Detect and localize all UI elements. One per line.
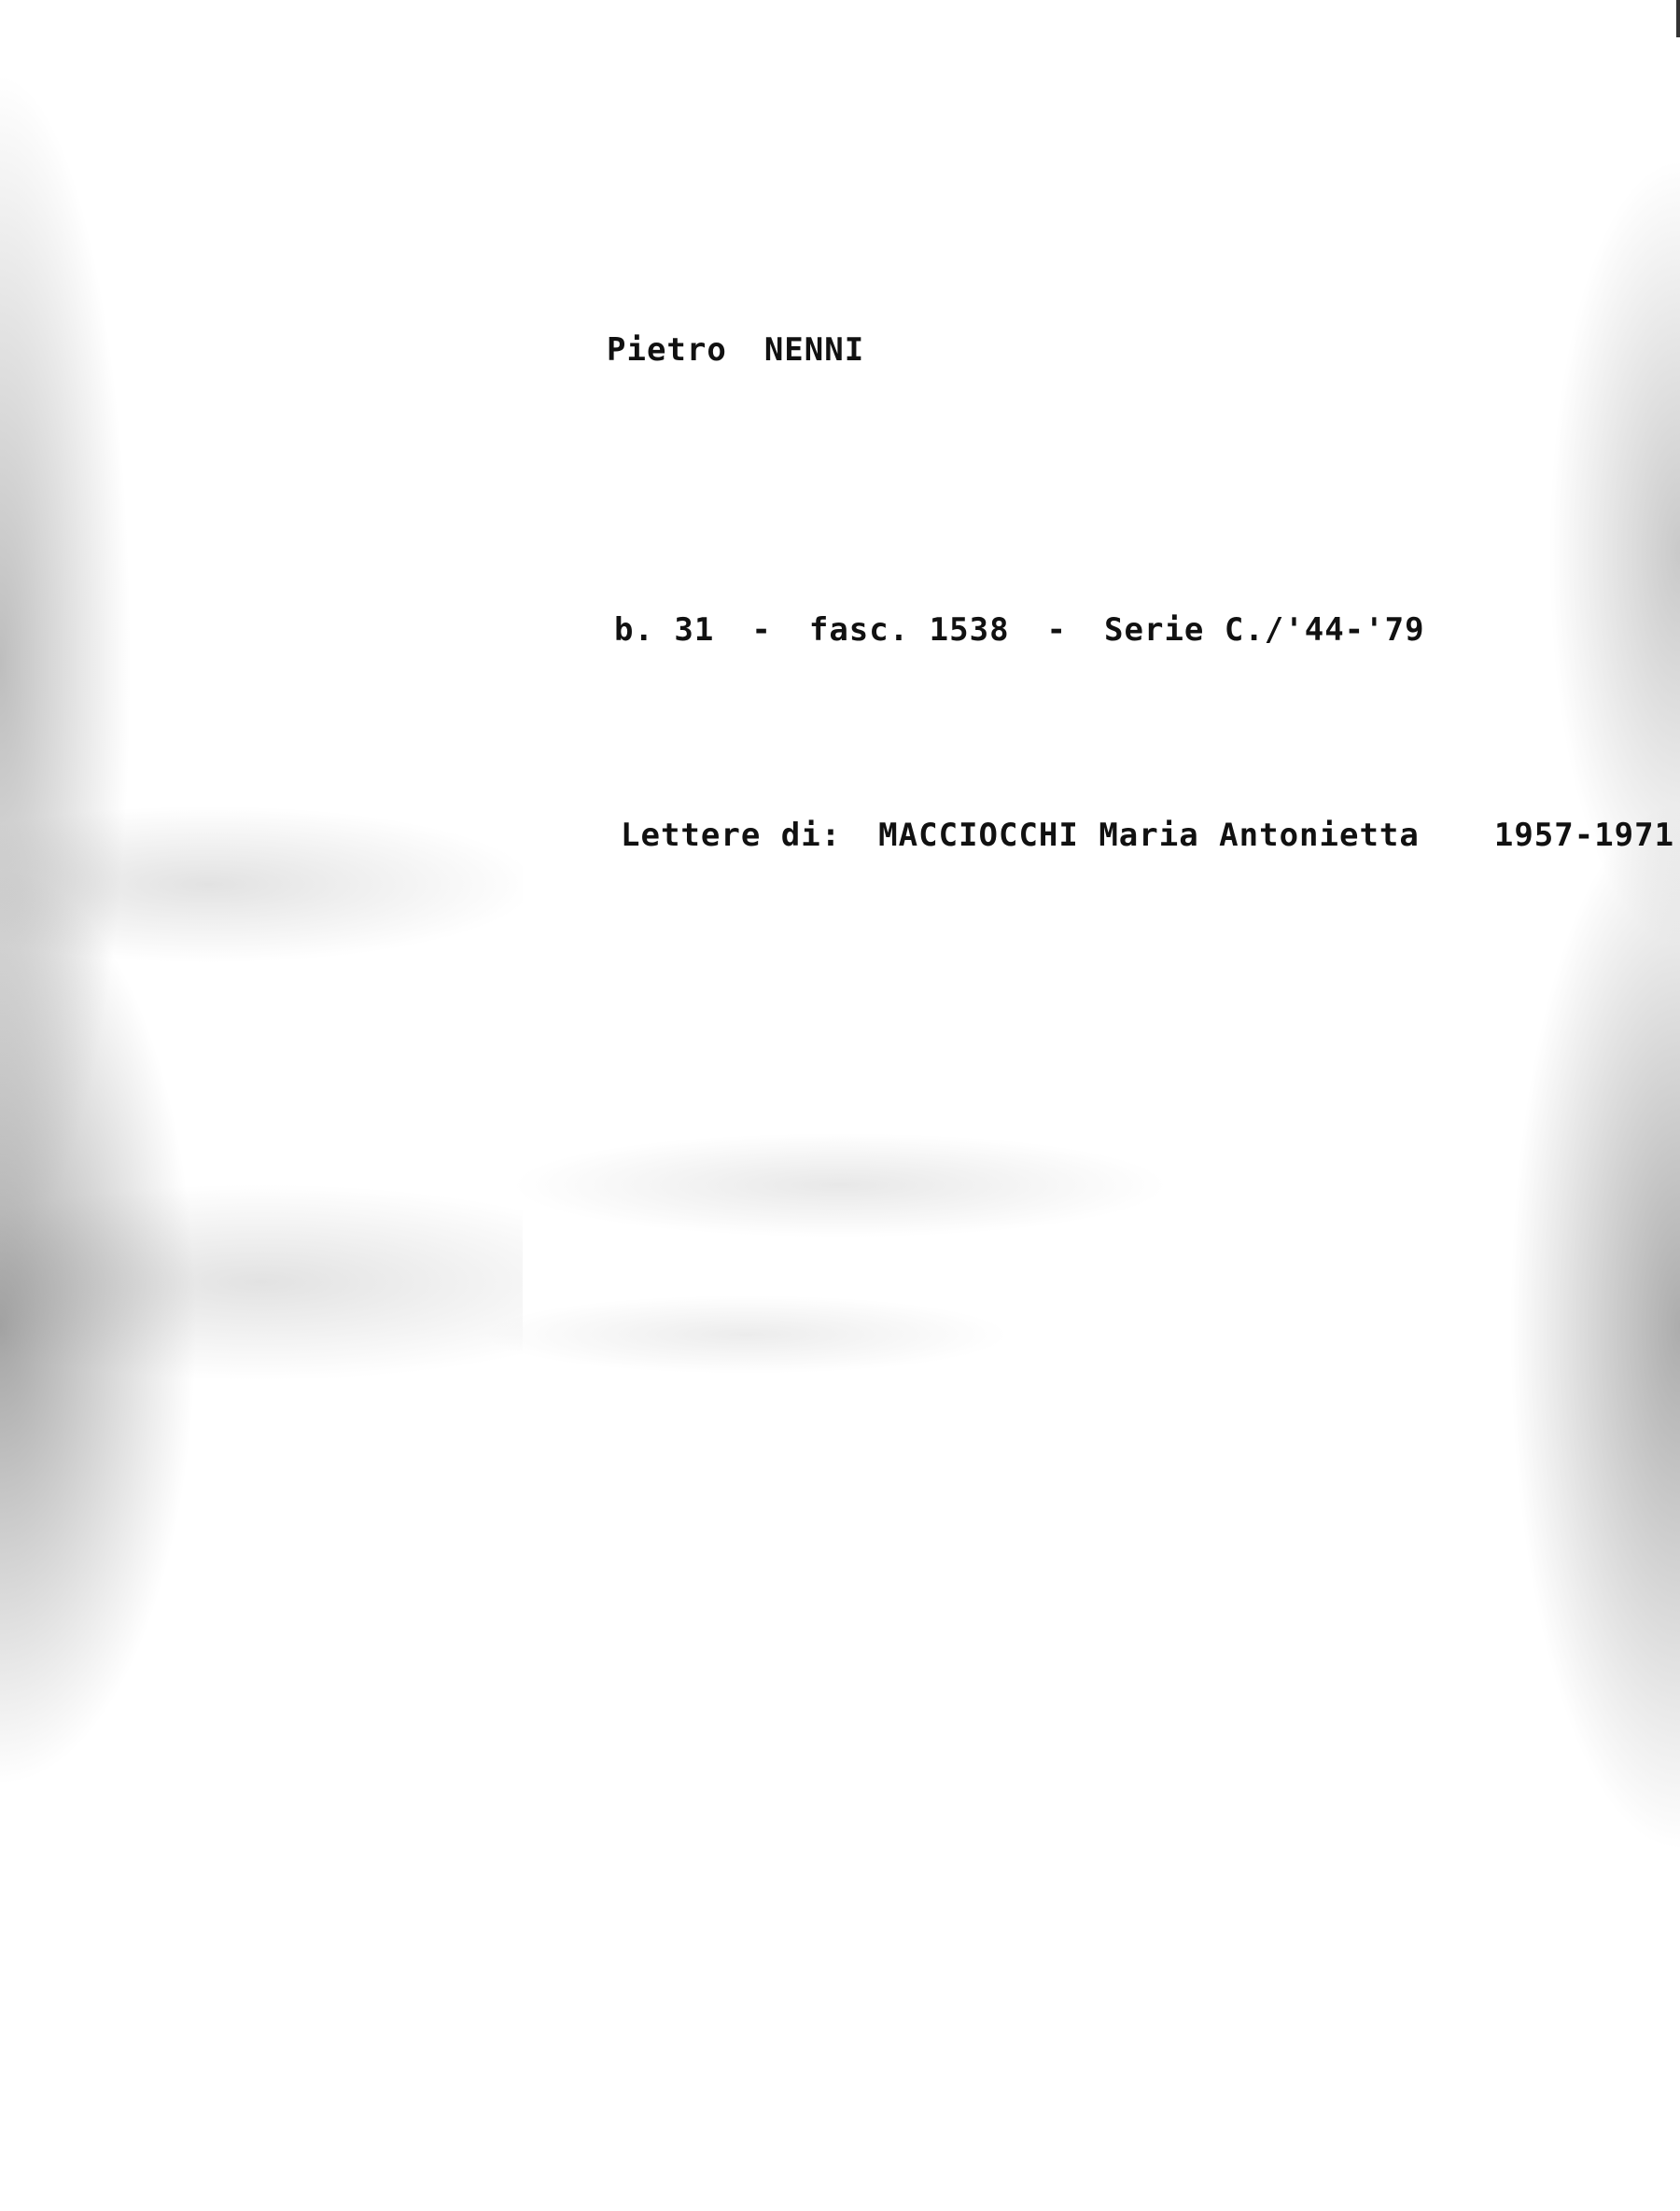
- letters-line: Lettere di:MACCIOCCHI Maria Antonietta19…: [621, 817, 1674, 854]
- author-line: PietroNENNI: [607, 331, 864, 369]
- correspondent-name: MACCIOCCHI Maria Antonietta: [878, 817, 1420, 854]
- author-last-name: NENNI: [764, 331, 864, 369]
- separator: -: [751, 611, 771, 649]
- reference-line: b. 31-fasc. 1538-Serie C./'44-'79: [614, 611, 1425, 649]
- letters-years: 1957-1971: [1494, 817, 1674, 854]
- author-first-name: Pietro: [607, 331, 727, 369]
- serie-label: Serie C./'44-'79: [1104, 611, 1425, 649]
- scan-noise-right: [1288, 0, 1680, 2211]
- busta-number: b. 31: [614, 611, 714, 649]
- page-edge-mark: [1676, 0, 1680, 37]
- separator: -: [1047, 611, 1067, 649]
- letters-label: Lettere di:: [621, 817, 841, 854]
- fascicolo-number: fasc. 1538: [809, 611, 1010, 649]
- scan-noise-middle: [373, 1073, 1307, 1447]
